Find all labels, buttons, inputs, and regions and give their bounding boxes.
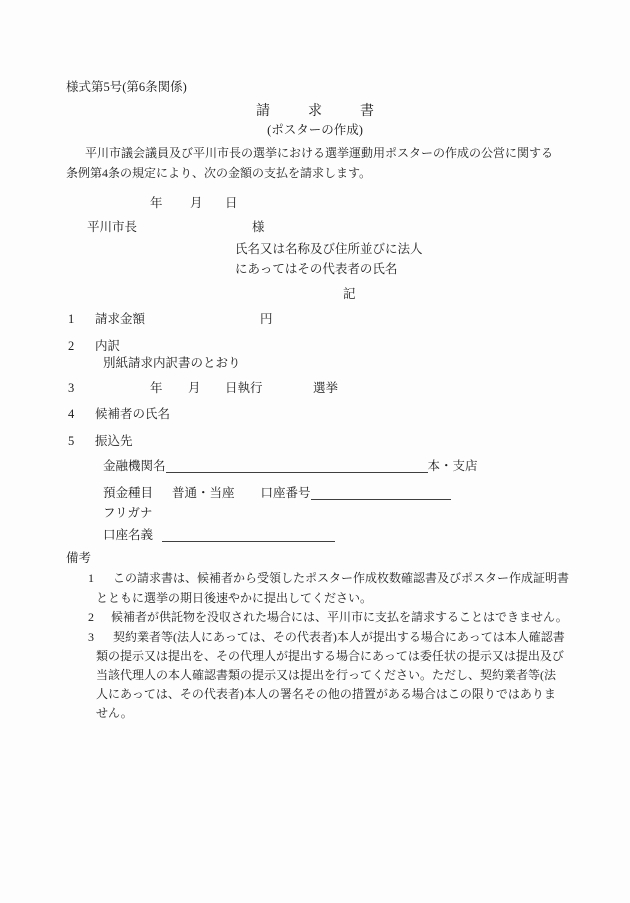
bank-institution-fill-line: [166, 460, 428, 473]
item1-number: 1: [68, 312, 74, 327]
remark3-line-4: 人にあっては、その代表者)本人の署名その他の措置がある場合はこの限りではありま: [96, 687, 556, 702]
addressee-name: 平川市長: [87, 220, 137, 235]
account-name-row: 口座名義: [103, 526, 335, 543]
item3-year-label: 年: [150, 381, 163, 396]
item2-number: 2: [68, 339, 74, 354]
applicant-note-line-2: にあってはその代表者の氏名: [235, 262, 397, 277]
addressee-honorific: 様: [252, 220, 265, 235]
date-day-label: 日: [225, 196, 238, 211]
item1-unit: 円: [260, 312, 273, 327]
applicant-note-line-1: 氏名又は名称及び住所並びに法人: [235, 242, 423, 257]
page-title: 請求書: [0, 104, 630, 119]
item3-day-exec-label: 日執行: [225, 381, 263, 396]
bank-institution-label: 金融機関名: [103, 459, 166, 473]
remarks-heading: 備考: [66, 551, 91, 566]
item2-detail: 別紙請求内訳書のとおり: [103, 356, 241, 371]
form-number: 様式第5号(第6条関係): [66, 80, 187, 95]
account-name-fill-line: [162, 529, 335, 542]
bank-deposit-row: 預金種目普通・当座口座番号: [103, 484, 451, 501]
date-year-label: 年: [150, 196, 163, 211]
deposit-options-label: 普通・当座: [172, 486, 235, 500]
bank-institution-row: 金融機関名本・支店: [103, 457, 478, 474]
remark2-line-1: 候補者が供託物を没収された場合には、平川市に支払を請求することはできません。: [111, 610, 568, 625]
item3-month-label: 月: [188, 381, 201, 396]
page-subtitle: (ポスターの作成): [0, 123, 630, 138]
item1-label: 請求金額: [95, 312, 145, 327]
remark3-line-5: せん。: [96, 706, 133, 721]
remark1-line-2: とともに選挙の期日後速やかに提出してください。: [96, 591, 372, 606]
remark3-line-3: 当該代理人の本人確認書類の提示又は提出を行ってください。ただし、契約業者等(法: [96, 668, 556, 683]
item3-election-label: 選挙: [313, 381, 338, 396]
remark3-number: 3: [88, 630, 94, 645]
item2-label: 内訳: [95, 339, 120, 354]
deposit-type-label: 預金種目: [103, 486, 153, 500]
account-name-label: 口座名義: [103, 528, 153, 542]
remark2-number: 2: [88, 610, 94, 625]
remark1-number: 1: [88, 571, 94, 586]
item4-number: 4: [68, 407, 74, 422]
intro-line-2: 条例第4条の規定により、次の金額の支払を請求します。: [66, 166, 371, 181]
item5-number: 5: [68, 434, 74, 449]
date-month-label: 月: [190, 196, 203, 211]
bank-branch-label: 本・支店: [428, 459, 478, 473]
item4-label: 候補者の氏名: [95, 407, 170, 422]
item3-number: 3: [68, 381, 74, 396]
remark3-line-2: 類の提示又は提出を、その代理人が提出する場合にあっては委任状の提示又は提出及び: [96, 649, 564, 664]
item5-label: 振込先: [95, 434, 133, 449]
remark3-line-1: 契約業者等(法人にあっては、その代表者)本人が提出する場合にあっては本人確認書: [113, 630, 565, 645]
account-number-label: 口座番号: [261, 486, 311, 500]
ki-marker: 記: [343, 287, 356, 302]
furigana-label: フリガナ: [103, 506, 152, 521]
intro-line-1: 平川市議会議員及び平川市長の選挙における選挙運動用ポスターの作成の公営に関する: [85, 146, 553, 161]
account-number-fill-line: [311, 487, 451, 500]
invoice-form-page: 様式第5号(第6条関係) 請求書 (ポスターの作成) 平川市議会議員及び平川市長…: [0, 0, 630, 903]
remark1-line-1: この請求書は、候補者から受領したポスター作成枚数確認書及びポスター作成証明書: [113, 571, 569, 586]
